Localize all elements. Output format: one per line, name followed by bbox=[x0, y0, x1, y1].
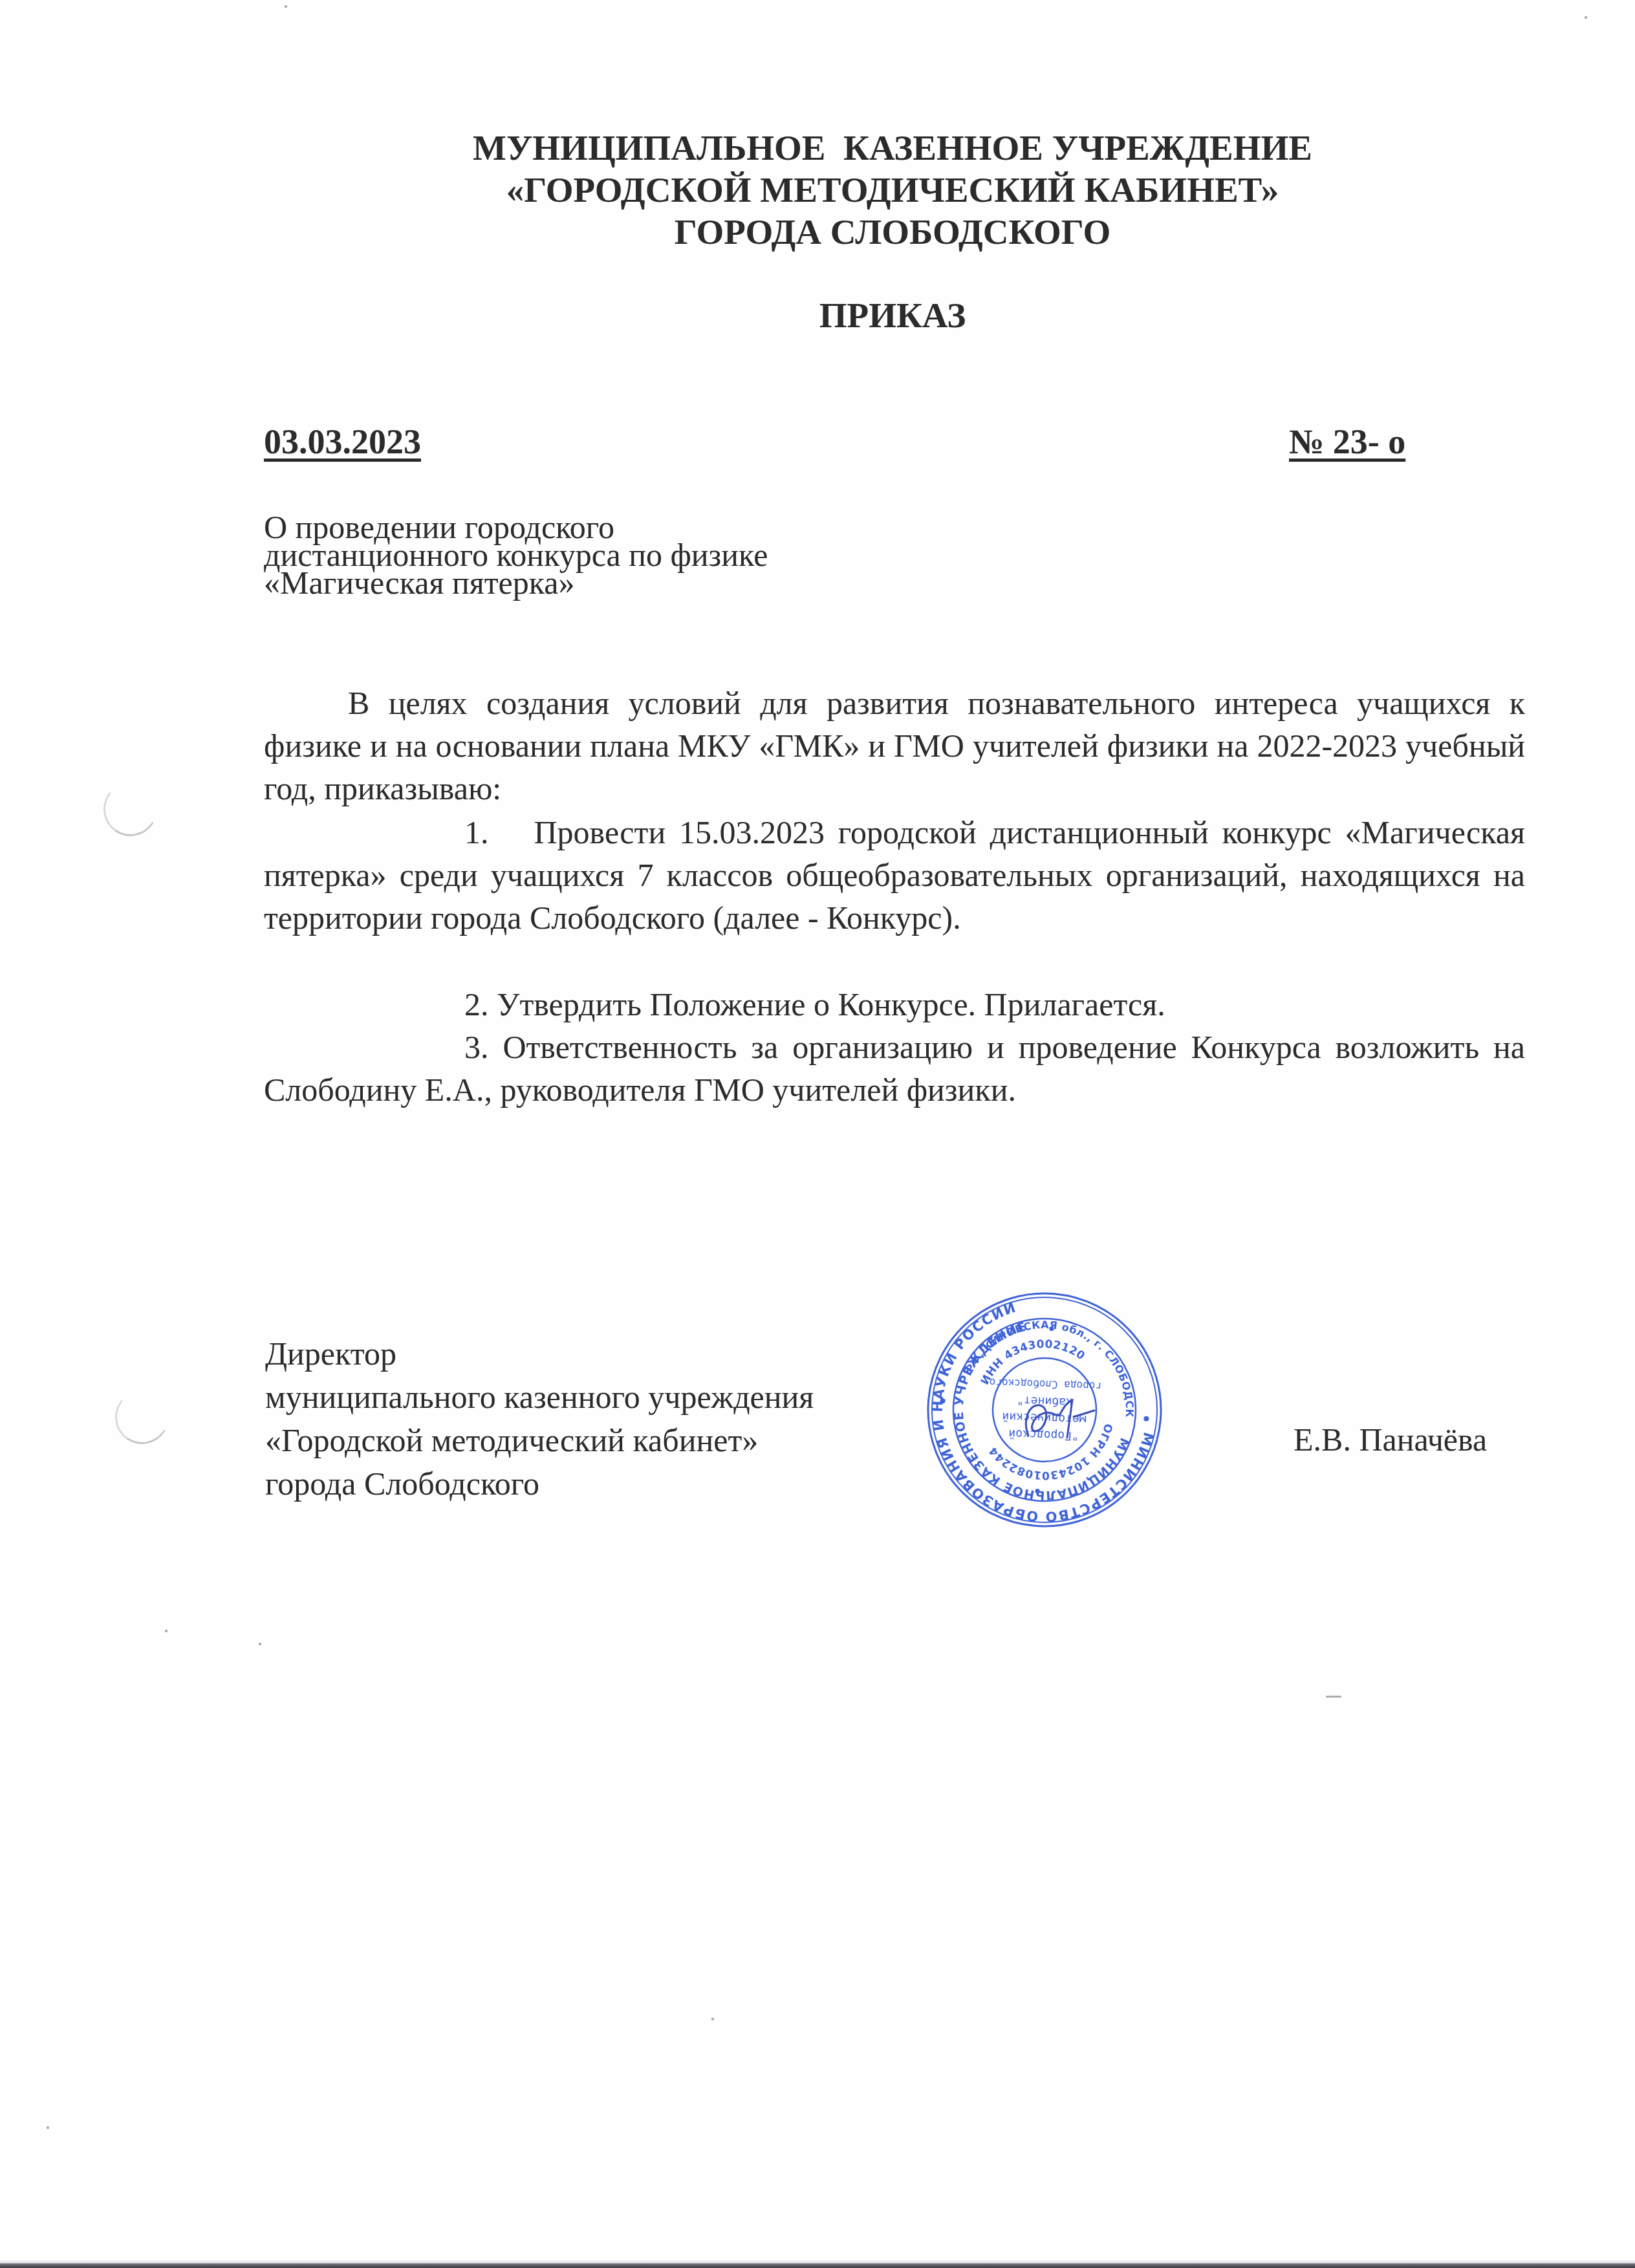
signatory-name: Е.В. Паначёва bbox=[1294, 1418, 1487, 1462]
item-text: Утвердить Положение о Конкурсе. Прилагае… bbox=[497, 986, 1165, 1022]
order-item-1: 1.Провести 15.03.2023 городской дистанци… bbox=[264, 811, 1525, 939]
scan-speck bbox=[1326, 1696, 1341, 1698]
header-line: «ГОРОДСКОЙ МЕТОДИЧЕСКИЙ КАБИНЕТ» bbox=[440, 169, 1345, 211]
stamp-seal-icon: МИНИСТЕРСТВО ОБРАЗОВАНИЯ И НАУКИ РОССИИ … bbox=[925, 1290, 1164, 1529]
document-type-title: ПРИКАЗ bbox=[440, 294, 1345, 336]
order-date: 03.03.2023 bbox=[264, 422, 421, 462]
scan-speck bbox=[285, 5, 287, 8]
scan-speck bbox=[711, 2018, 714, 2020]
scanned-document-page: МУНИЦИПАЛЬНОЕ КАЗЕННОЕ УЧРЕЖДЕНИЕ «ГОРОД… bbox=[0, 0, 1635, 2268]
scanner-edge bbox=[0, 2263, 1635, 2268]
scan-speck bbox=[47, 2126, 49, 2129]
item-number: 2. bbox=[364, 983, 489, 1026]
item-number: 1. bbox=[364, 811, 489, 854]
header-line: ГОРОДА СЛОБОДСКОГО bbox=[440, 211, 1345, 253]
scan-speck bbox=[165, 1630, 168, 1632]
position-line: города Слободского bbox=[265, 1462, 814, 1506]
position-line: муниципального казенного учреждения bbox=[265, 1376, 814, 1419]
intro-paragraph: В целях создания условий для развития по… bbox=[264, 682, 1525, 810]
item-number: 3. bbox=[364, 1026, 489, 1068]
position-line: «Городской методический кабинет» bbox=[265, 1419, 814, 1462]
signatory-position: Директор муниципального казенного учрежд… bbox=[265, 1332, 814, 1506]
order-item-2: 2. Утвердить Положение о Конкурсе. Прила… bbox=[264, 983, 1525, 1026]
scan-speck bbox=[1585, 16, 1587, 19]
position-line: Директор bbox=[265, 1332, 814, 1376]
order-number: № 23- о bbox=[1289, 422, 1405, 462]
punch-hole bbox=[99, 778, 161, 840]
order-item-3: 3. Ответственность за организацию и пров… bbox=[264, 1026, 1525, 1111]
scan-speck bbox=[259, 1643, 261, 1645]
subject-line: «Магическая пятерка» bbox=[264, 569, 768, 597]
punch-hole bbox=[111, 1386, 173, 1448]
official-stamp: МИНИСТЕРСТВО ОБРАЗОВАНИЯ И НАУКИ РОССИИ … bbox=[925, 1290, 1164, 1529]
header-line: МУНИЦИПАЛЬНОЕ КАЗЕННОЕ УЧРЕЖДЕНИЕ bbox=[440, 127, 1345, 169]
order-subject: О проведении городского дистанционного к… bbox=[264, 513, 768, 597]
